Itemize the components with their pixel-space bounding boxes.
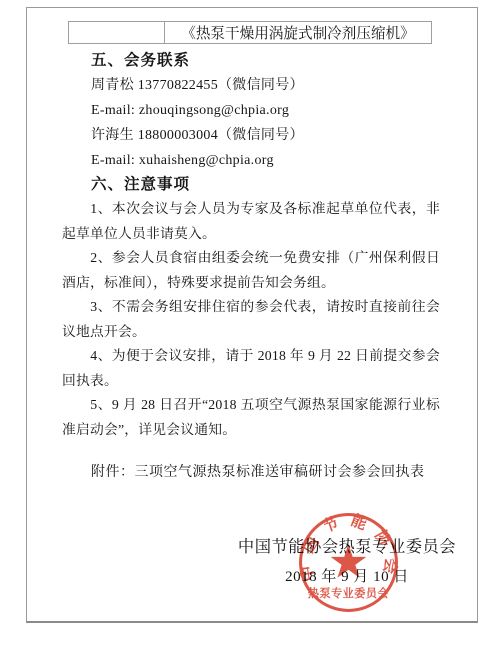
contact-line-phone-2: 许海生 18800003004（微信同号） bbox=[91, 123, 440, 148]
contact-line-phone-1: 周青松 13770822455（微信同号） bbox=[91, 73, 440, 98]
section-heading-notes: 六、注意事项 bbox=[91, 173, 440, 197]
table-row: 《热泵干燥用涡旋式制冷剂压缩机》 bbox=[69, 22, 432, 44]
document-canvas: 《热泵干燥用涡旋式制冷剂压缩机》 五、会务联系 周青松 13770822455（… bbox=[0, 0, 500, 645]
signature-block: 中国节能协会热泵专业委员会 2018 年 9 月 10 日 bbox=[227, 535, 467, 589]
contact-line-email-2: E-mail: xuhaisheng@chpia.org bbox=[91, 148, 440, 173]
table-cell-standard-title: 《热泵干燥用涡旋式制冷剂压缩机》 bbox=[165, 22, 432, 44]
contact-line-email-1: E-mail: zhouqingsong@chpia.org bbox=[91, 98, 440, 123]
note-item-5: 5、9 月 28 日召开“2018 五项空气源热泵国家能源行业标准启动会”，详见… bbox=[62, 393, 440, 442]
document-page: 《热泵干燥用涡旋式制冷剂压缩机》 五、会务联系 周青松 13770822455（… bbox=[26, 7, 478, 623]
note-item-2: 2、参会人员食宿由组委会统一免费安排（广州保利假日酒店，标准间），特殊要求提前告… bbox=[62, 246, 440, 295]
table-cell-empty bbox=[69, 22, 165, 44]
signature-org: 中国节能协会热泵专业委员会 bbox=[227, 535, 467, 559]
section-heading-contact: 五、会务联系 bbox=[91, 49, 440, 73]
standards-table: 《热泵干燥用涡旋式制冷剂压缩机》 bbox=[68, 21, 432, 44]
signature-date: 2018 年 9 月 10 日 bbox=[227, 565, 467, 589]
note-item-1: 1、本次会议与会人员为专家及各标准起草单位代表，非起草单位人员非请莫入。 bbox=[62, 197, 440, 246]
attachment-line: 附件：三项空气源热泵标准送审稿研讨会参会回执表 bbox=[91, 461, 440, 485]
note-item-4: 4、为便于会议安排，请于 2018 年 9 月 22 日前提交参会回执表。 bbox=[62, 344, 440, 393]
note-item-3: 3、不需会务组安排住宿的参会代表，请按时直接前往会议地点开会。 bbox=[62, 295, 440, 344]
